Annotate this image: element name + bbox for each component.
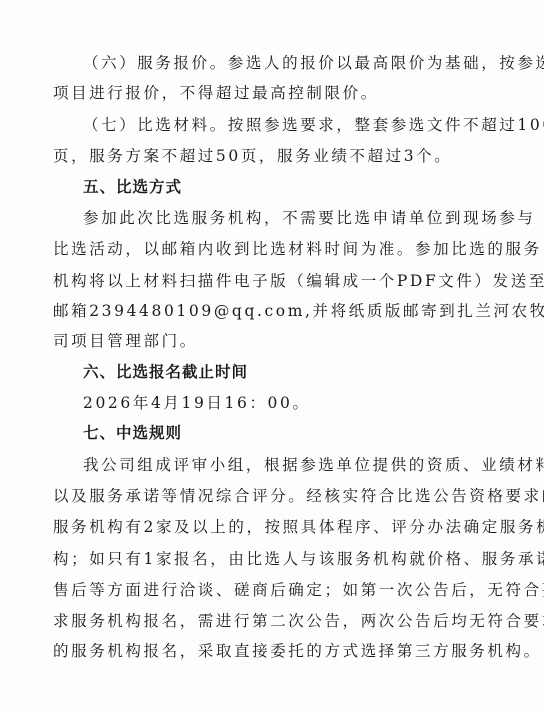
section-7-para-line-3: 服务机构有2家及以上的，按照具体程序、评分办法确定服务机: [53, 512, 465, 543]
section-5-para-line-2: 比选活动，以邮箱内收到比选材料时间为准。参加比选的服务: [53, 234, 465, 265]
section-7-para-line-2: 以及服务承诺等情况综合评分。经核实符合比选公告资格要求的: [53, 481, 465, 512]
document-page: （六）服务报价。参选人的报价以最高限价为基础，按参选 项目进行报价，不得超过最高…: [0, 0, 544, 710]
section-7-para-line-7: 的服务机构报名，采取直接委托的方式选择第三方服务机构。: [53, 636, 465, 667]
clause-6-service-quote-line-2: 项目进行报价，不得超过最高控制限价。: [53, 78, 465, 109]
section-7-para-line-6: 求服务机构报名，需进行第二次公告，两次公告后均无符合要求: [53, 606, 465, 637]
clause-7-materials-line-2: 页，服务方案不超过50页，服务业绩不超过3个。: [53, 141, 465, 172]
section-7-para-line-4: 构；如只有1家报名，由比选人与该服务机构就价格、服务承诺、: [53, 544, 465, 575]
section-5-para-line-4-email: 邮箱2394480109@qq.com,并将纸质版邮寄到扎兰河农牧场分公: [53, 296, 465, 327]
section-5-para-line-1: 参加此次比选服务机构，不需要比选申请单位到现场参与: [83, 203, 465, 234]
clause-7-materials-line-1: （七）比选材料。按照参选要求，整套参选文件不超过100: [83, 110, 465, 141]
section-5-heading: 五、比选方式: [83, 172, 465, 203]
section-7-heading: 七、中选规则: [83, 418, 465, 449]
deadline-datetime: 2026年4月19日16：00。: [83, 388, 465, 419]
section-7-para-line-1: 我公司组成评审小组，根据参选单位提供的资质、业绩材料: [83, 450, 465, 481]
section-5-para-line-3: 机构将以上材料扫描件电子版（编辑成一个PDF文件）发送至: [53, 266, 465, 297]
section-6-heading: 六、比选报名截止时间: [83, 357, 465, 388]
section-5-para-line-5: 司项目管理部门。: [53, 326, 465, 357]
clause-6-service-quote-line-1: （六）服务报价。参选人的报价以最高限价为基础，按参选: [83, 48, 465, 79]
section-7-para-line-5: 售后等方面进行洽谈、磋商后确定；如第一次公告后，无符合要: [53, 575, 465, 606]
